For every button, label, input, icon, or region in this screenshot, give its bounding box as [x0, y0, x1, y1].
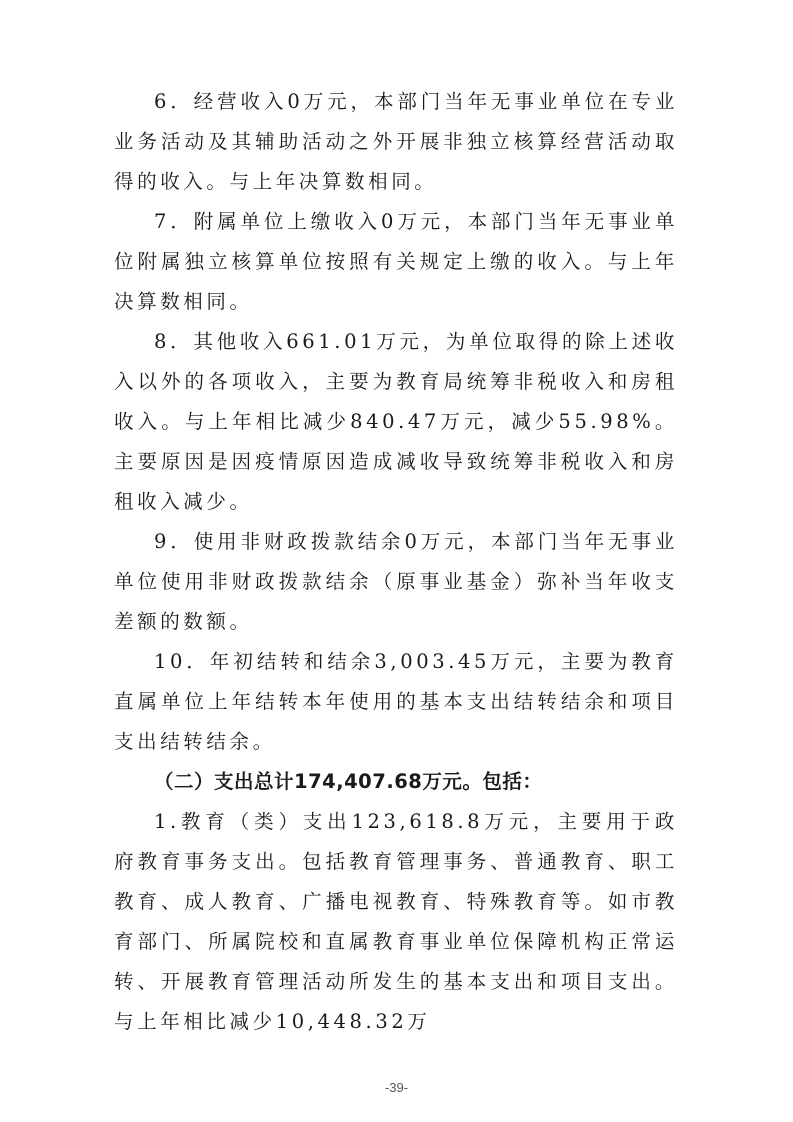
- section-heading-expenditure: （二）支出总计174,407.68万元。包括：: [114, 762, 678, 802]
- paragraph-other-income: 8．其他收入661.01万元，为单位取得的除上述收入以外的各项收入，主要为教育局…: [114, 322, 678, 522]
- paragraph-operating-income: 6．经营收入0万元，本部门当年无事业单位在专业业务活动及其辅助活动之外开展非独立…: [114, 82, 678, 202]
- page-number: -39-: [0, 1080, 793, 1095]
- document-page: 6．经营收入0万元，本部门当年无事业单位在专业业务活动及其辅助活动之外开展非独立…: [114, 82, 678, 1042]
- paragraph-affiliated-unit-income: 7．附属单位上缴收入0万元，本部门当年无事业单位附属独立核算单位按照有关规定上缴…: [114, 202, 678, 322]
- paragraph-carryover-balance: 10．年初结转和结余3,003.45万元，主要为教育直属单位上年结转本年使用的基…: [114, 642, 678, 762]
- paragraph-non-fiscal-balance: 9．使用非财政拨款结余0万元，本部门当年无事业单位使用非财政拨款结余（原事业基金…: [114, 522, 678, 642]
- paragraph-education-expenditure: 1.教育（类）支出123,618.8万元，主要用于政府教育事务支出。包括教育管理…: [114, 802, 678, 1042]
